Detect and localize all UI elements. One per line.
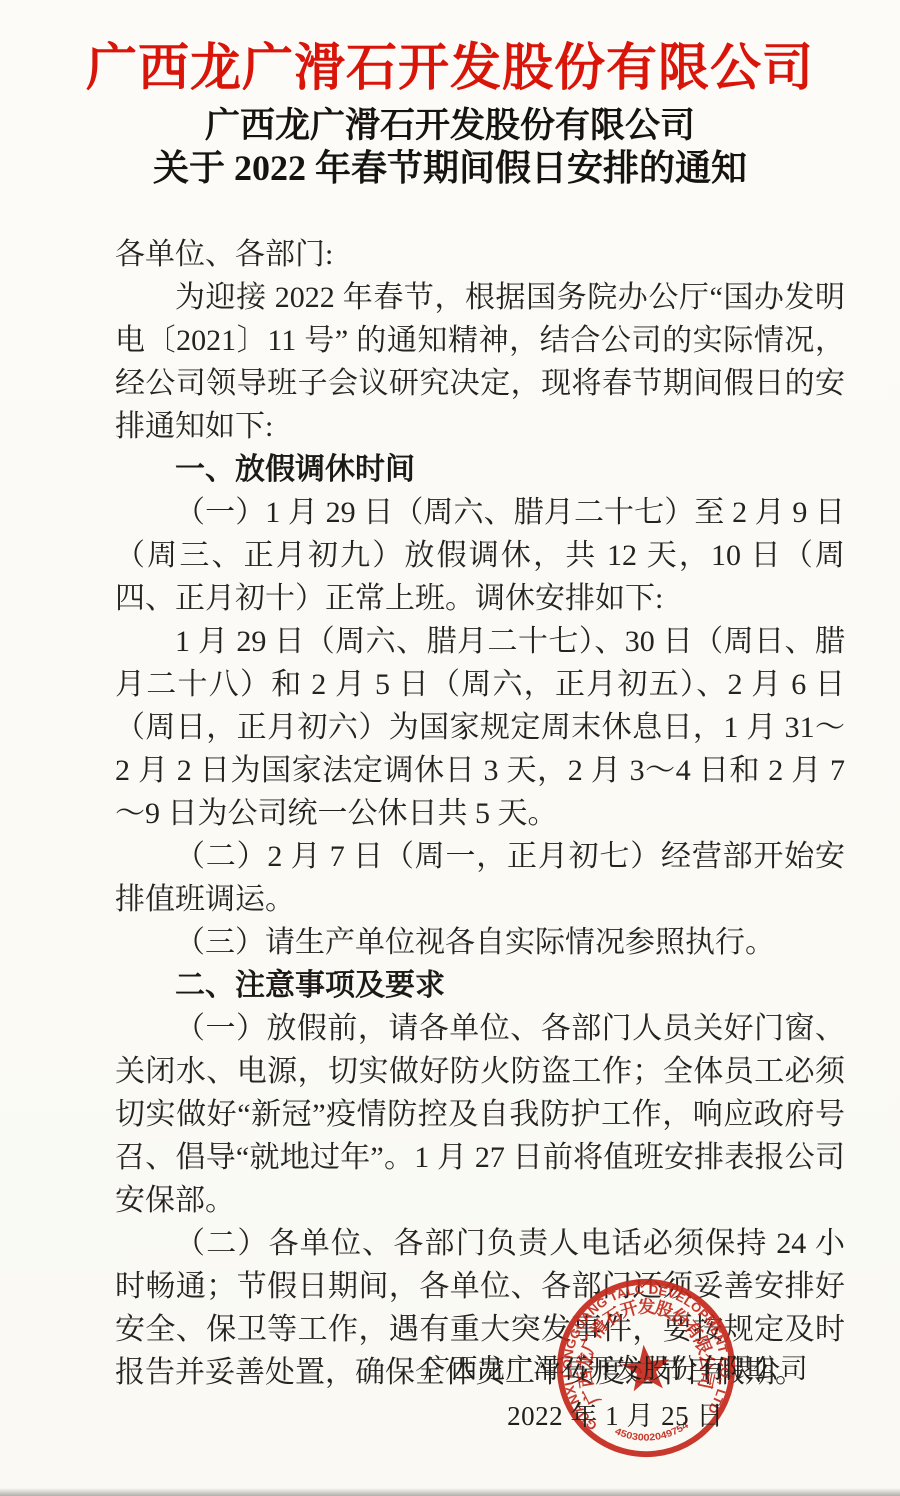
body-para-3: （一）1 月 29 日（周六、腊月二十七）至 2 月 9 日（周三、正月初九）放… bbox=[115, 491, 845, 620]
body-heading-7: 二、注意事项及要求 bbox=[115, 964, 845, 1007]
body-para-1: 为迎接 2022 年春节，根据国务院办公厅“国办发明电〔2021〕11 号” 的… bbox=[115, 276, 845, 448]
body-para-8: （一）放假前，请各单位、各部门人员关好门窗、关闭水、电源，切实做好防火防盗工作；… bbox=[115, 1007, 845, 1222]
signature-date: 2022 年 1 月 25 日 bbox=[423, 1393, 808, 1440]
body-para-4: 1 月 29 日（周六、腊月二十七）、30 日（周日、腊月二十八）和 2 月 5… bbox=[115, 620, 845, 835]
body-para-6: （三）请生产单位视各自实际情况参照执行。 bbox=[115, 921, 845, 964]
notice-body: 各单位、各部门:为迎接 2022 年春节，根据国务院办公厅“国办发明电〔2021… bbox=[115, 233, 845, 1394]
letterhead-title: 广西龙广滑石开发股份有限公司 bbox=[0, 0, 900, 98]
scan-edge-shadow bbox=[0, 1488, 900, 1496]
document-page: 广西龙广滑石开发股份有限公司 广西龙广滑石开发股份有限公司 关于 2022 年春… bbox=[0, 0, 900, 1496]
body-para-5: （二）2 月 7 日（周一，正月初七）经营部开始安排值班调运。 bbox=[115, 835, 845, 921]
signature-company: 广西龙广滑石开发股份有限公司 bbox=[423, 1346, 808, 1393]
doc-title-company: 广西龙广滑石开发股份有限公司 bbox=[0, 106, 900, 146]
doc-title: 广西龙广滑石开发股份有限公司 关于 2022 年春节期间假日安排的通知 bbox=[0, 106, 900, 189]
body-heading-2: 一、放假调休时间 bbox=[115, 448, 845, 491]
doc-title-subject: 关于 2022 年春节期间假日安排的通知 bbox=[0, 148, 900, 189]
body-salutation-0: 各单位、各部门: bbox=[115, 233, 845, 276]
signature-block: 广西龙广滑石开发股份有限公司 2022 年 1 月 25 日 bbox=[423, 1346, 808, 1440]
